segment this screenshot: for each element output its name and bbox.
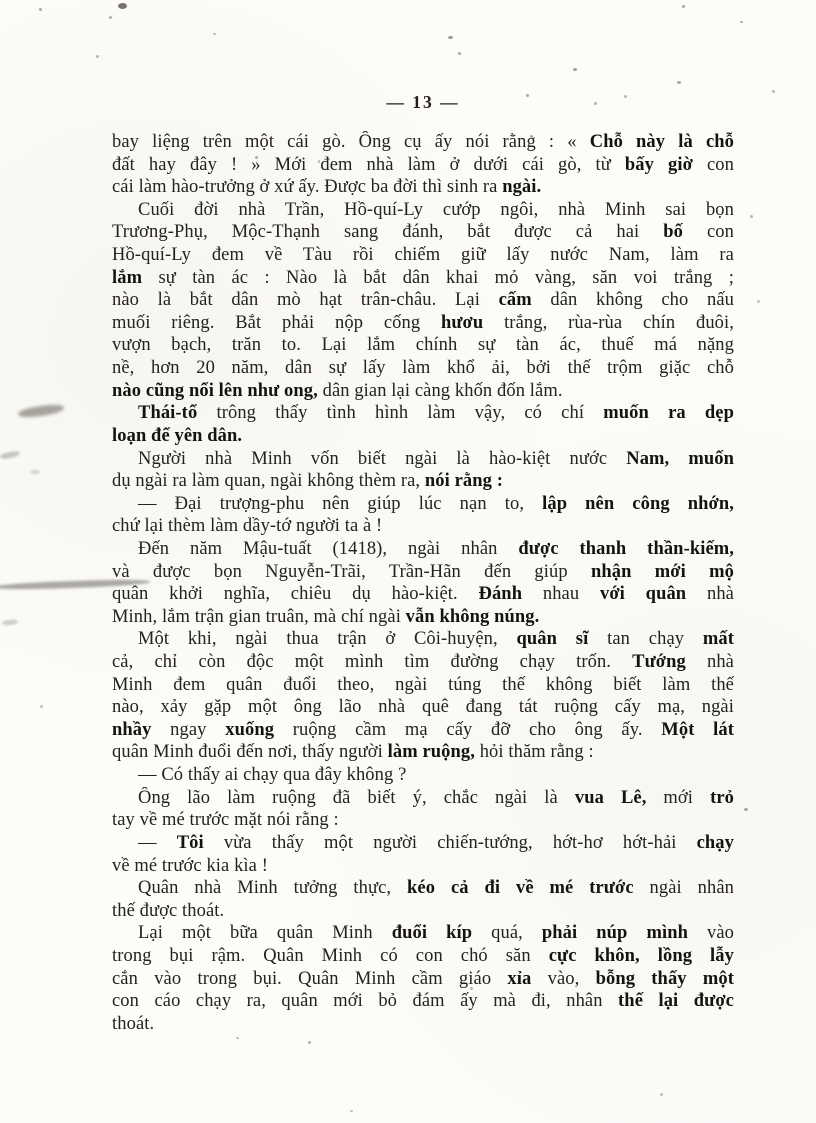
text-line: tay về mé trước mặt nói rằng : [112,809,734,832]
text-line: loạn để yên dân. [112,425,734,448]
text-line: con cáo chạy ra, quân mới bỏ đám ấy mà đ… [112,990,734,1013]
paragraph: bay liệng trên một cái gò. Ông cụ ấy nói… [112,131,734,199]
ink-speck [772,90,775,93]
ink-speck [96,55,99,58]
ink-speck [750,215,753,218]
text-line: Minh, lắm trận gian truân, mà chí ngài v… [112,606,734,629]
text-line: trong bụi rậm. Quân Minh có con chó săn … [112,945,734,968]
paragraph: — Đại trượng-phu nên giúp lúc nạn to, lậ… [112,493,734,538]
ink-speck [350,1110,353,1112]
ink-speck [39,8,42,11]
text-line: bay liệng trên một cái gò. Ông cụ ấy nói… [112,131,734,154]
text-line: thế được thoát. [112,900,734,923]
text-line: vượn bạch, trăn to. Lại lắm chính sự tàn… [112,334,734,357]
paragraph: Lại một bữa quân Minh đuổi kíp quá, phải… [112,922,734,1035]
ink-speck [573,68,577,71]
text-line: về mé trước kia kìa ! [112,855,734,878]
text-line: Minh đem quân đuổi theo, ngài túng thế k… [112,674,734,697]
text-line: quân Minh đuổi đến nơi, thấy người làm r… [112,741,734,764]
paragraph: Đến năm Mậu-tuất (1418), ngài nhân được … [112,538,734,628]
ink-speck [682,5,685,8]
ink-speck [744,808,748,811]
text-line: quân khởi nghĩa, chiêu dụ hào-kiệt. Đánh… [112,583,734,606]
text-line: Một khi, ngài thua trận ở Côi-huyện, quâ… [112,628,734,651]
text-line: cắn vào trong bụi. Quân Minh cầm giáo xỉ… [112,968,734,991]
paragraph: Cuối đời nhà Trần, Hồ-quí-Ly cướp ngôi, … [112,199,734,402]
text-line: nhầy ngay xuống ruộng cầm mạ cấy đỡ cho … [112,719,734,742]
ink-speck [308,1041,311,1044]
paragraph: Một khi, ngài thua trận ở Côi-huyện, quâ… [112,628,734,764]
ink-speck [458,52,461,55]
text-line: Đến năm Mậu-tuất (1418), ngài nhân được … [112,538,734,561]
ink-smudge [18,403,65,419]
ink-speck [213,33,216,35]
text-line: Hồ-quí-Ly đem về Tàu rồi chiếm giữ lấy n… [112,244,734,267]
text-line: Trương-Phụ, Mộc-Thạnh sang đánh, bắt đượ… [112,221,734,244]
ink-speck [677,81,681,84]
ink-speck [740,21,743,23]
paragraph: — Tôi vừa thấy một người chiến-tướng, hớ… [112,832,734,877]
text-line: nào, xảy gặp một ông lão nhà quê đang tá… [112,696,734,719]
scanned-book-page: — 13 — bay liệng trên một cái gò. Ông cụ… [0,0,816,1123]
text-line: — Đại trượng-phu nên giúp lúc nạn to, lậ… [112,493,734,516]
ink-smudge [0,450,20,460]
text-line: lắm sự tàn ác : Nào là bắt dân khai mỏ v… [112,267,734,290]
paragraph: Quân nhà Minh tưởng thực, kéo cả đi về m… [112,877,734,922]
ink-speck [660,1093,663,1096]
ink-speck [757,300,760,303]
paragraph: Người nhà Minh vốn biết ngài là hào-kiệt… [112,448,734,493]
text-line: dụ ngài ra làm quan, ngài không thèm ra,… [112,470,734,493]
text-line: cái làm hào-trưởng ở xứ ấy. Được ba đời … [112,176,734,199]
ink-smudge [2,619,18,626]
ink-speck [118,3,127,9]
text-line: thoát. [112,1013,734,1036]
text-line: Người nhà Minh vốn biết ngài là hào-kiệt… [112,448,734,471]
ink-speck [236,1037,239,1039]
text-line: cả, chỉ còn độc một mình tìm đường chạy … [112,651,734,674]
text-line: đất hay đây ! » Mới đem nhà làm ở dưới c… [112,154,734,177]
text-line: muối riêng. Bắt phải nộp cống hươu trắng… [112,312,734,335]
text-line: — Có thấy ai chạy qua đây không ? [112,764,734,787]
text-line: nào là bắt dân mò hạt trân-châu. Lại cấm… [112,289,734,312]
text-line: nào cũng nổi lên như ong, dân gian lại c… [112,380,734,403]
text-block: bay liệng trên một cái gò. Ông cụ ấy nói… [112,131,734,1035]
paragraph: Ông lão làm ruộng đã biết ý, chắc ngài l… [112,787,734,832]
ink-speck [448,36,453,39]
text-line: — Tôi vừa thấy một người chiến-tướng, hớ… [112,832,734,855]
text-line: Cuối đời nhà Trần, Hồ-quí-Ly cướp ngôi, … [112,199,734,222]
ink-smudge [30,470,40,474]
text-line: và được bọn Nguyễn-Trãi, Trần-Hãn đến gi… [112,561,734,584]
ink-speck [109,16,112,19]
text-line: Lại một bữa quân Minh đuổi kíp quá, phải… [112,922,734,945]
text-line: nề, hơn 20 năm, dân sự lấy làm khổ ải, b… [112,357,734,380]
text-line: Thái-tổ trông thấy tình hình làm vậy, có… [112,402,734,425]
paragraph: — Có thấy ai chạy qua đây không ? [112,764,734,787]
page-number: — 13 — [112,92,734,113]
text-line: Quân nhà Minh tưởng thực, kéo cả đi về m… [112,877,734,900]
paragraph: Thái-tổ trông thấy tình hình làm vậy, có… [112,402,734,447]
ink-speck [40,705,43,708]
text-line: Ông lão làm ruộng đã biết ý, chắc ngài l… [112,787,734,810]
text-line: chứ lại thèm làm dầy-tớ người ta à ! [112,515,734,538]
